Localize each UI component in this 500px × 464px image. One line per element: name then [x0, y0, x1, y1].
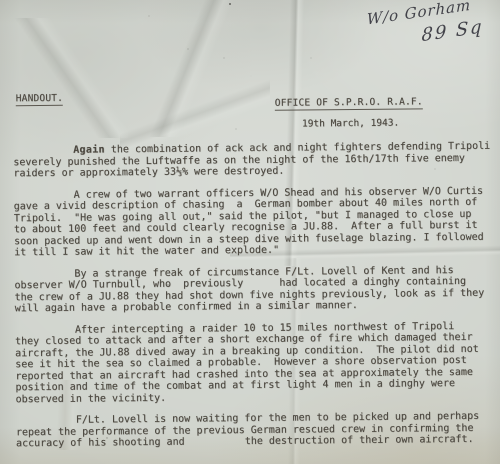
emphasized-word: Again: [73, 144, 105, 155]
date-line: 19th March, 1943.: [302, 118, 399, 130]
handout-heading: HANDOUT.: [16, 93, 63, 104]
scanned-document-page: W/o Gorham 89 Sq HANDOUT. OFFICE OF S.P.…: [0, 0, 500, 464]
paragraph-1: Again the combination of ack ack and nig…: [13, 141, 493, 180]
paragraph-2: A crew of two warrant officers W/O Shead…: [14, 185, 495, 259]
office-heading-text: OFFICE OF S.P.R.O. R.A.F.: [275, 96, 423, 110]
paragraph-5: F/Lt. Lovell is now waiting for the men …: [16, 411, 496, 450]
typed-content: HANDOUT. OFFICE OF S.P.R.O. R.A.F. 19th …: [0, 0, 500, 464]
paragraph-3: By a strange freak of circumstance F/Lt.…: [14, 264, 494, 315]
office-heading: OFFICE OF S.P.R.O. R.A.F.: [275, 96, 423, 108]
handout-heading-text: HANDOUT.: [16, 93, 63, 106]
paragraph-4: After intercepting a raider 10 to 15 mil…: [15, 320, 496, 405]
document-body: Again the combination of ack ack and nig…: [13, 141, 496, 460]
